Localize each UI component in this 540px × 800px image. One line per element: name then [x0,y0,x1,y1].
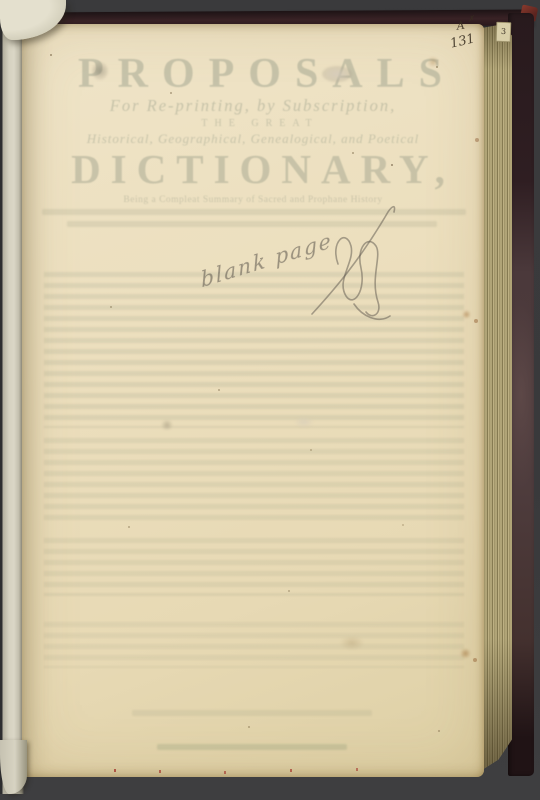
foxing-spot [427,57,439,67]
shelfmark-number: 131 [449,32,476,50]
book-scan: PROPOSALS For Re-printing, by Subscripti… [0,0,540,800]
showthrough-title: PROPOSALS [22,50,484,98]
fore-edge-tab: 3 [496,22,512,43]
showthrough-paragraph [44,622,464,668]
red-edge-specks [114,769,116,772]
shelfmark-flourish: ✗ [463,14,475,25]
showthrough-line [132,710,372,716]
pencil-flourish [308,186,408,336]
paper-blemish [322,66,352,82]
showthrough-the-great: THE GREAT [22,118,484,129]
showthrough-line [157,744,347,750]
foxing-spot [340,636,364,650]
showthrough-text-layer: PROPOSALS For Re-printing, by Subscripti… [22,24,484,777]
foxing-spot [160,420,174,430]
foxing-spot [462,310,471,319]
paper-blemish [294,416,314,428]
showthrough-paragraph [44,438,464,524]
showthrough-subtitle: For Re-printing, by Subscription, [22,96,484,116]
showthrough-paragraph [44,538,464,596]
pencil-inscription: blank page [190,186,405,336]
fore-edge-pages [482,25,512,773]
page-curl-bottom [0,740,27,794]
book-page: PROPOSALS For Re-printing, by Subscripti… [22,24,484,777]
paper-specks [50,54,52,56]
foxing-spot [460,648,471,659]
facing-page-gutter [0,0,24,794]
foxing-spot [92,62,108,80]
